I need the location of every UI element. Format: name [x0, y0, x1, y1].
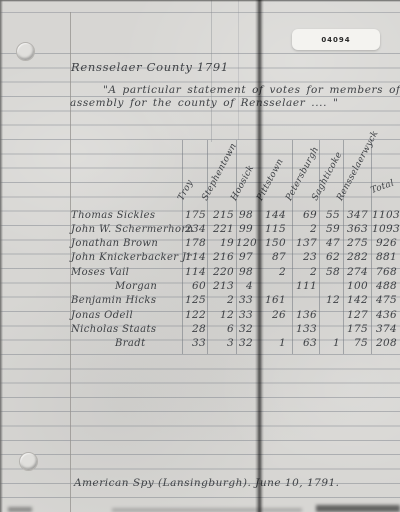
vote-count: 12: [320, 294, 341, 307]
vote-count: 221: [208, 223, 235, 236]
vote-count: 274: [344, 266, 369, 279]
vote-total: 1103: [372, 209, 398, 222]
vote-count: 28: [182, 323, 207, 336]
vote-count: 6: [208, 323, 235, 336]
vote-count: 115: [264, 223, 287, 236]
vote-count: 69: [292, 209, 318, 222]
vote-total: 1093: [372, 223, 398, 236]
vote-total: 881: [372, 251, 398, 264]
vote-count: 161: [264, 294, 287, 307]
total-column-header: Total: [370, 178, 396, 196]
vote-count: 114: [182, 251, 207, 264]
vote-count: 142: [344, 294, 369, 307]
vote-count: 282: [344, 251, 369, 264]
vote-count: 220: [208, 266, 235, 279]
vote-count: 23: [292, 251, 318, 264]
vote-count: 275: [344, 237, 369, 250]
subtitle-line-1: "A particular statement of votes for mem…: [103, 84, 400, 96]
table-row: Jonas Odell 122123326136127436: [0, 309, 400, 322]
hole-punch-bottom: [19, 452, 38, 471]
vote-count: [264, 280, 287, 293]
vote-count: 2: [292, 266, 318, 279]
table-row: Bradt 33332163175208: [0, 337, 400, 350]
vote-count: 1: [320, 337, 341, 350]
vote-total: 374: [372, 323, 398, 336]
vote-count: 363: [344, 223, 369, 236]
vote-count: [264, 323, 287, 336]
table-row: Moses Vail 114220982258274768: [0, 266, 400, 279]
table-row: Morgan 602134111100488: [0, 280, 400, 293]
vote-count: 2: [208, 294, 235, 307]
vote-count: 59: [320, 223, 341, 236]
candidate-name: Moses Vail: [71, 266, 181, 279]
scan-edge-smudge: [112, 508, 302, 512]
vote-count: 150: [264, 237, 287, 250]
vote-count: 1: [264, 337, 287, 350]
vote-count: 62: [320, 251, 341, 264]
vote-count: 136: [292, 309, 318, 322]
vote-total: 475: [372, 294, 398, 307]
scanned-ledger-page: 04094 Rensselaer County 1791 "A particul…: [0, 0, 400, 512]
vote-count: 32: [236, 323, 254, 336]
table-row: John Knickerbacker Jr 114216978723622828…: [0, 251, 400, 264]
vote-count: 175: [182, 209, 207, 222]
candidate-name: Benjamin Hicks: [71, 294, 181, 307]
vote-total: 436: [372, 309, 398, 322]
archive-number-label: 04094: [292, 29, 380, 50]
vote-count: 33: [236, 309, 254, 322]
table-row: Thomas Sickles 1752159814469553471103: [0, 209, 400, 222]
paper-crease: [238, 0, 239, 140]
vote-count: 2: [292, 223, 318, 236]
vote-count: 100: [344, 280, 369, 293]
vote-count: [320, 280, 341, 293]
vote-count: 125: [182, 294, 207, 307]
vote-total: 488: [372, 280, 398, 293]
vote-total: 768: [372, 266, 398, 279]
vote-count: 19: [208, 237, 235, 250]
vote-count: 75: [344, 337, 369, 350]
vote-count: 87: [264, 251, 287, 264]
vote-count: 215: [208, 209, 235, 222]
vote-total: 926: [372, 237, 398, 250]
archive-number-text: 04094: [321, 36, 350, 44]
vote-count: 99: [236, 223, 254, 236]
column-header: Troy: [176, 178, 196, 203]
vote-count: 33: [182, 337, 207, 350]
vote-count: 213: [208, 280, 235, 293]
binding-fold-line: [255, 0, 264, 512]
candidate-name: Jonas Odell: [71, 309, 181, 322]
vote-count: 133: [292, 323, 318, 336]
vote-count: 234: [182, 223, 207, 236]
vote-count: 98: [236, 266, 254, 279]
page-top-edge: [0, 0, 400, 2]
column-header: Hoosick: [229, 164, 257, 203]
hole-punch-top: [16, 42, 35, 61]
subtitle-line-2: assembly for the county of Rensselaer ..…: [70, 97, 338, 109]
scan-edge-smudge: [8, 507, 32, 512]
candidate-name: Thomas Sickles: [71, 209, 181, 222]
table-row: Jonathan Brown 1781912015013747275926: [0, 237, 400, 250]
scan-edge-smudge: [316, 505, 400, 512]
vote-count: 144: [264, 209, 287, 222]
candidate-name: Nicholas Staats: [71, 323, 181, 336]
vote-count: 3: [208, 337, 235, 350]
vote-count: 33: [236, 294, 254, 307]
table-row: Benjamin Hicks 12523316112142475: [0, 294, 400, 307]
vote-count: 111: [292, 280, 318, 293]
vote-total: 208: [372, 337, 398, 350]
vote-count: 137: [292, 237, 318, 250]
vote-count: 26: [264, 309, 287, 322]
vote-count: 347: [344, 209, 369, 222]
vote-count: 55: [320, 209, 341, 222]
vote-count: 4: [236, 280, 254, 293]
vote-count: 216: [208, 251, 235, 264]
vote-count: 47: [320, 237, 341, 250]
vote-count: [320, 323, 341, 336]
table-row: Nicholas Staats 28632133175374: [0, 323, 400, 336]
source-citation: American Spy (Lansingburgh). June 10, 17…: [74, 477, 340, 489]
vote-count: 12: [208, 309, 235, 322]
top-ruled-line: [0, 12, 400, 13]
vote-count: 60: [182, 280, 207, 293]
vote-count: 175: [344, 323, 369, 336]
candidate-name: John W. Schermerhorn: [71, 223, 181, 236]
vote-count: 2: [264, 266, 287, 279]
vote-count: 120: [236, 237, 254, 250]
vote-count: 122: [182, 309, 207, 322]
vote-count: 32: [236, 337, 254, 350]
vote-count: 63: [292, 337, 318, 350]
vote-count: [320, 309, 341, 322]
table-row: John W. Schermerhorn 2342219911525936310…: [0, 223, 400, 236]
vote-count: 58: [320, 266, 341, 279]
vote-count: 97: [236, 251, 254, 264]
candidate-name: Jonathan Brown: [71, 237, 181, 250]
vote-count: 178: [182, 237, 207, 250]
page-title: Rensselaer County 1791: [71, 60, 229, 74]
vote-count: 98: [236, 209, 254, 222]
vote-count: 127: [344, 309, 369, 322]
vote-count: 114: [182, 266, 207, 279]
candidate-name: John Knickerbacker Jr: [71, 251, 181, 264]
vote-count: [292, 294, 318, 307]
